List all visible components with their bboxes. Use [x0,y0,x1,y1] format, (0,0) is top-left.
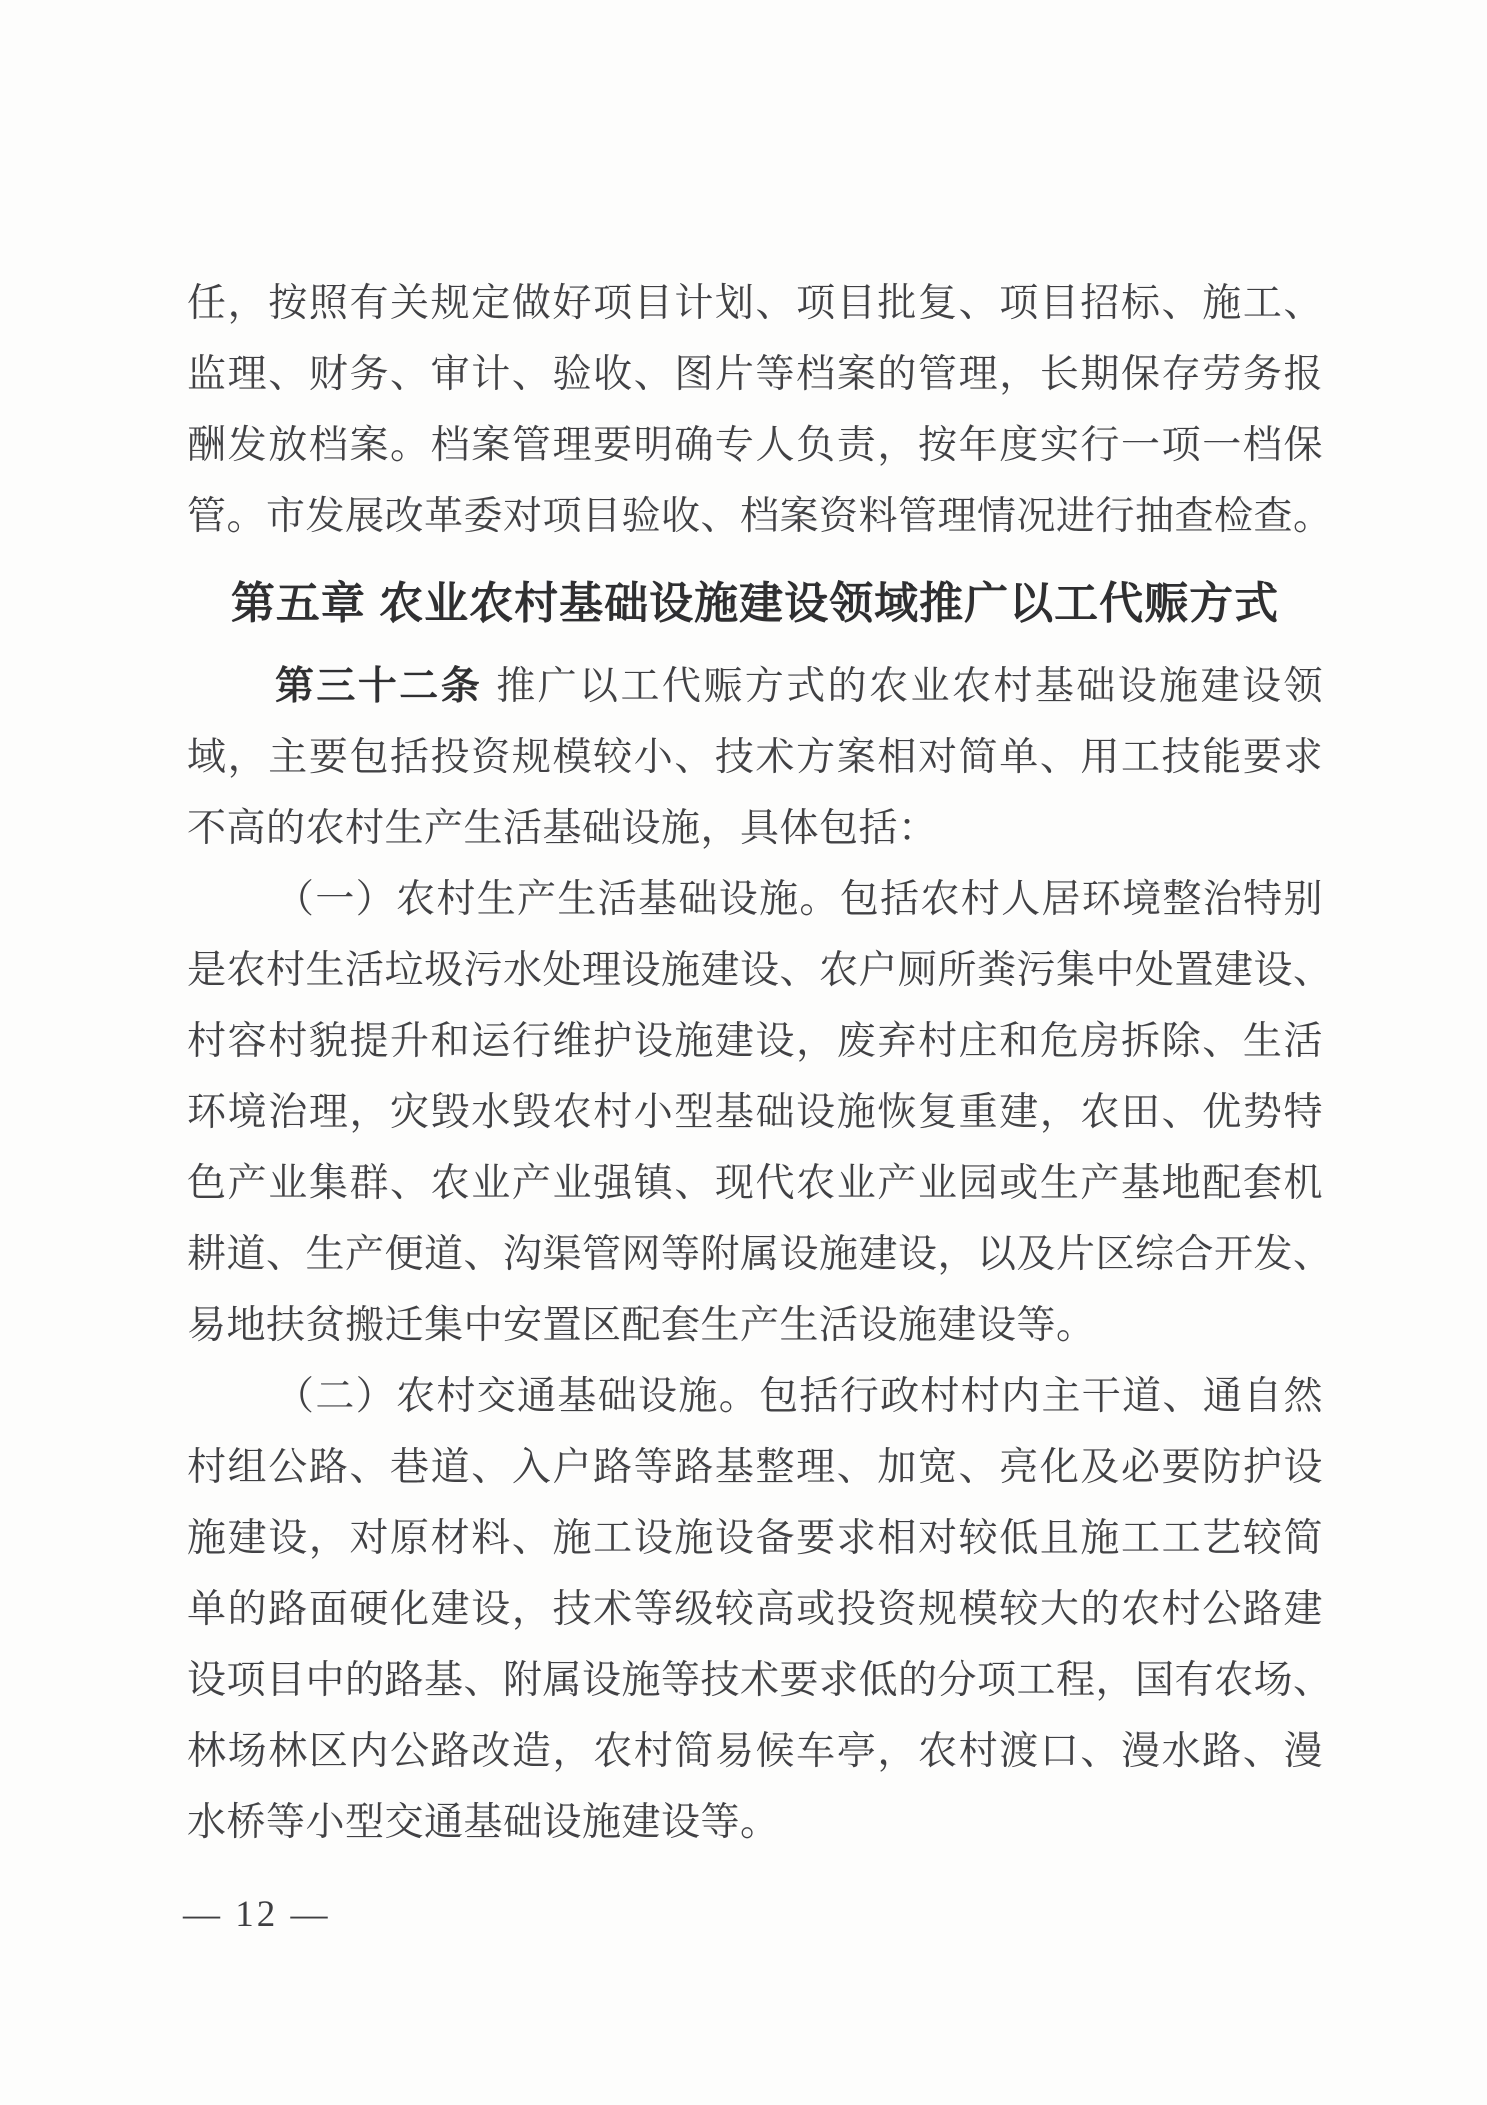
text-line: 管。市发展改革委对项目验收、档案资料管理情况进行抽查检查。 [187,481,1323,552]
text-line: （二）农村交通基础设施。包括行政村村内主干道、通自然 [187,1361,1323,1432]
text-line: 村容村貌提升和运行维护设施建设，废弃村庄和危房拆除、生活 [187,1006,1323,1077]
text-line: 域，主要包括投资规模较小、技术方案相对简单、用工技能要求 [187,722,1323,793]
text-line: （一）农村生产生活基础设施。包括农村人居环境整治特别 [187,864,1323,935]
text-line: 任，按照有关规定做好项目计划、项目批复、项目招标、施工、 [187,268,1323,339]
text-line: 村组公路、巷道、入户路等路基整理、加宽、亮化及必要防护设 [187,1432,1323,1503]
text-line: 单的路面硬化建设，技术等级较高或投资规模较大的农村公路建 [187,1574,1323,1645]
text-line: 施建设，对原材料、施工设施设备要求相对较低且施工工艺较简 [187,1503,1323,1574]
text-line: 水桥等小型交通基础设施建设等。 [187,1787,1323,1858]
text-line: 林场林区内公路改造，农村简易候车亭，农村渡口、漫水路、漫 [187,1716,1323,1787]
text-line: 设项目中的路基、附属设施等技术要求低的分项工程，国有农场、 [187,1645,1323,1716]
document-page: 任，按照有关规定做好项目计划、项目批复、项目招标、施工、监理、财务、审计、验收、… [0,0,1487,2105]
page-number: — 12 — [183,1893,331,1936]
text-line: 不高的农村生产生活基础设施，具体包括： [187,793,1323,864]
article-number: 第三十二条 [275,665,482,708]
text-line: 是农村生活垃圾污水处理设施建设、农户厕所粪污集中处置建设、 [187,935,1323,1006]
text-line: 酬发放档案。档案管理要明确专人负责，按年度实行一项一档保 [187,410,1323,481]
text-line: 监理、财务、审计、验收、图片等档案的管理，长期保存劳务报 [187,339,1323,410]
text-line: 色产业集群、农业产业强镇、现代农业产业园或生产基地配套机 [187,1148,1323,1219]
text-line: 环境治理，灾毁水毁农村小型基础设施恢复重建，农田、优势特 [187,1077,1323,1148]
chapter-heading: 第五章 农业农村基础设施建设领域推广以工代赈方式 [187,568,1323,639]
text-line: 耕道、生产便道、沟渠管网等附属设施建设，以及片区综合开发、 [187,1219,1323,1290]
text-block: 任，按照有关规定做好项目计划、项目批复、项目招标、施工、监理、财务、审计、验收、… [187,268,1323,1858]
text-line: 易地扶贫搬迁集中安置区配套生产生活设施建设等。 [187,1290,1323,1361]
text-line: 第三十二条推广以工代赈方式的农业农村基础设施建设领 [187,651,1323,722]
